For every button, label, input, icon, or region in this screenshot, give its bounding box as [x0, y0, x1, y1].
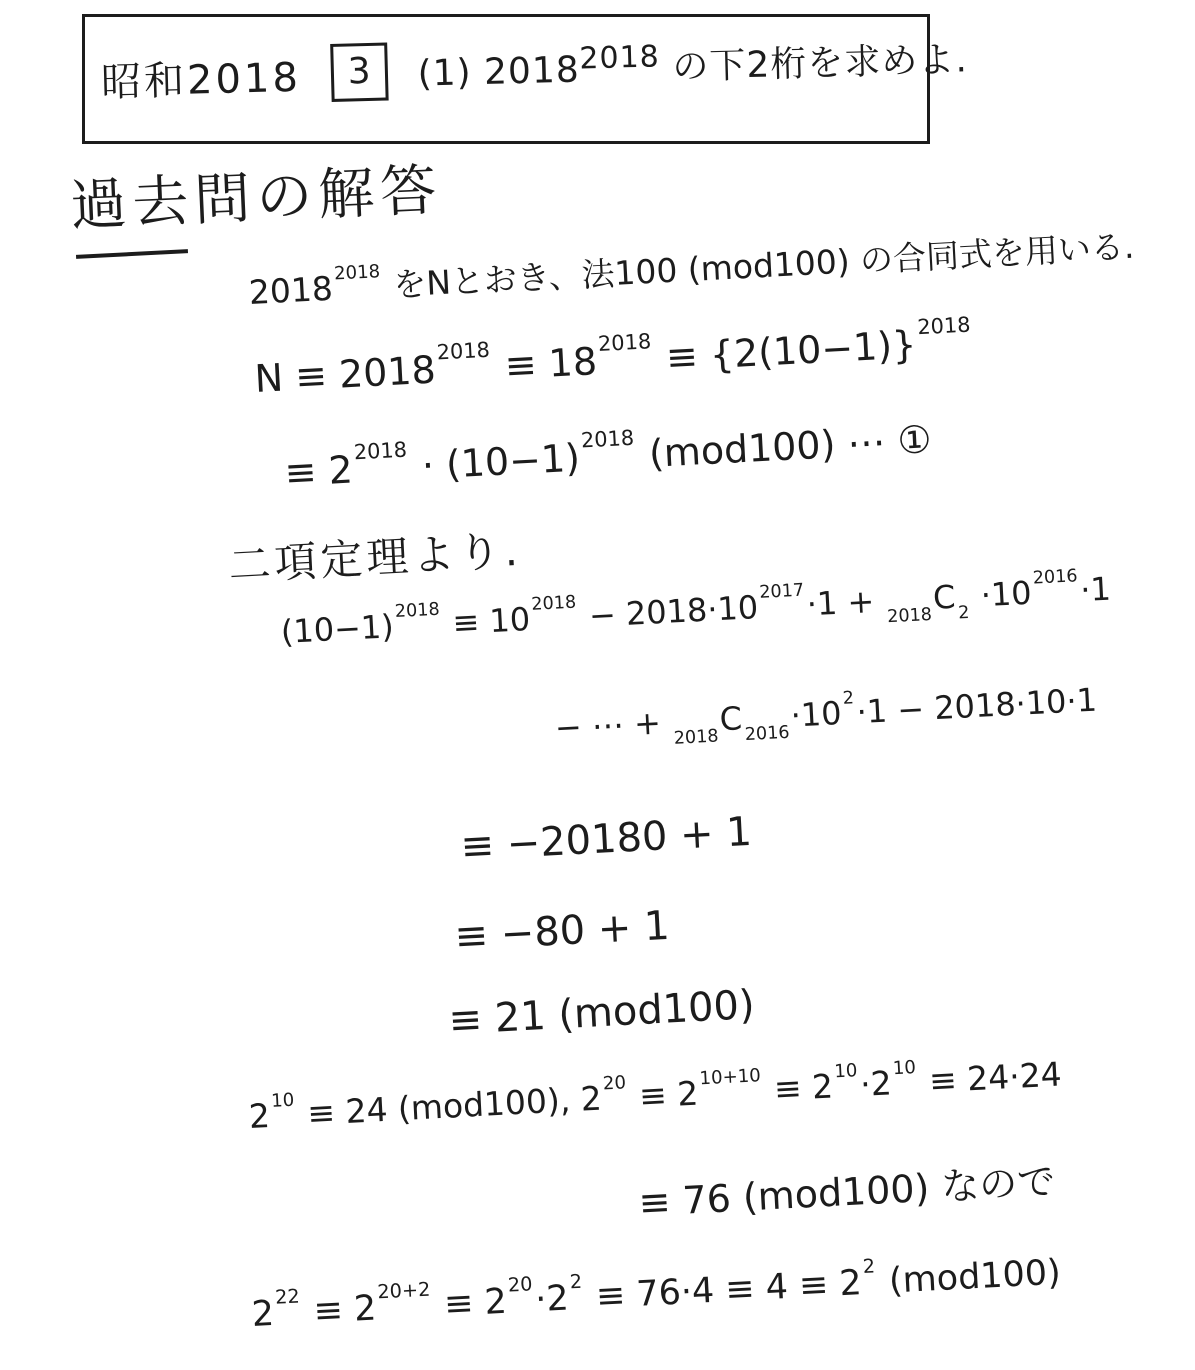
math-line-2: N ≡ 20182018 ≡ 182018 ≡ {2(10−1)}2018: [254, 318, 975, 403]
exponent: 10: [892, 1057, 916, 1079]
math-text: ≡ 21 (mod100): [447, 982, 755, 1044]
math-text: 2018: [248, 269, 334, 312]
math-text: ·10: [790, 694, 843, 735]
math-text: · (10−1): [409, 436, 581, 489]
section-heading: 過去問の解答: [69, 146, 444, 242]
math-text: ≡ 10: [441, 600, 531, 643]
math-line-9: ≡ 21 (mod100): [447, 980, 755, 1046]
math-line-7: ≡ −20180 + 1: [459, 807, 753, 872]
math-line-1: 20182018 をNとおき、法100 (mod100) の合同式を用いる.: [248, 226, 1135, 314]
math-text: 2: [248, 1096, 271, 1136]
exponent: 2016: [1032, 567, 1078, 589]
subscript: 2016: [744, 723, 790, 745]
math-text: ≡ 2: [762, 1066, 834, 1109]
math-text: N ≡ 2018: [254, 348, 437, 401]
exponent: 2: [862, 1254, 875, 1278]
math-text: をNとおき、法100 (mod100) の合同式を用いる.: [382, 227, 1135, 305]
exponent: 10: [271, 1089, 295, 1111]
math-line-8: ≡ −80 + 1: [453, 901, 670, 962]
math-text: ≡ 2: [432, 1282, 508, 1326]
math-text: ≡ −20180 + 1: [459, 809, 752, 870]
math-line-12: 222 ≡ 220+2 ≡ 220·22 ≡ 76·4 ≡ 4 ≡ 22 (mo…: [251, 1252, 1062, 1338]
math-text: ·10: [970, 574, 1033, 615]
exponent: 2018: [597, 329, 651, 356]
math-text: ≡ 2: [284, 447, 354, 495]
problem-number-box: 3: [330, 43, 388, 102]
math-text: の下2桁を求めよ.: [659, 39, 968, 88]
math-line-4: 二項定理より.: [227, 525, 523, 593]
exponent: 2: [569, 1269, 582, 1293]
exponent: 2018: [436, 338, 490, 365]
math-text: ≡ 18: [492, 339, 599, 388]
exponent: 2: [842, 689, 854, 710]
math-line-10: 210 ≡ 24 (mod100), 220 ≡ 210+10 ≡ 210·21…: [248, 1053, 1063, 1137]
exam-source-label: 昭和2018: [100, 45, 301, 107]
math-text: (mod100): [877, 1253, 1062, 1303]
math-line-3: ≡ 22018 · (10−1)2018 (mod100) ⋯ ①: [284, 416, 933, 497]
math-text: C: [719, 699, 743, 738]
exponent: 20: [507, 1272, 533, 1296]
problem-number: 3: [347, 51, 371, 93]
math-text: ·2: [534, 1278, 569, 1320]
math-text: ≡ {2(10−1)}: [653, 322, 918, 380]
math-text: C: [932, 578, 956, 617]
subscript: 2: [958, 603, 970, 624]
exponent: 2018: [531, 593, 577, 615]
math-text: − 2018·10: [578, 588, 759, 635]
exponent: 22: [275, 1284, 301, 1308]
math-text: ≡ 76·4 ≡ 4 ≡ 2: [584, 1263, 863, 1317]
subscript: 2018: [887, 605, 933, 627]
math-text: ≡ −80 + 1: [453, 903, 670, 960]
heading-underline: [76, 249, 188, 259]
exponent: 20+2: [377, 1277, 431, 1303]
exponent: 2018: [917, 312, 971, 339]
math-text: ·1: [1079, 570, 1111, 610]
problem-question: (1) 20182018 の下2桁を求めよ.: [417, 31, 968, 96]
math-text: ·1 − 2018·10·1: [856, 681, 1098, 732]
exponent: 2018: [394, 600, 440, 622]
exponent: 2018: [353, 438, 407, 465]
exponent: 2018: [333, 261, 380, 284]
math-text: ·1 +: [806, 581, 886, 623]
exponent: 20: [602, 1072, 626, 1094]
exponent: 10+10: [699, 1065, 761, 1089]
problem-statement-box: 昭和2018 3 (1) 20182018 の下2桁を求めよ.: [82, 14, 930, 144]
problem-statement-content: 昭和2018 3 (1) 20182018 の下2桁を求めよ.: [100, 27, 968, 108]
exponent: 2017: [759, 581, 805, 603]
math-text: ≡ 76 (mod100) なので: [638, 1159, 1057, 1225]
subscript: 2018: [673, 726, 719, 748]
math-text: (10−1): [280, 607, 395, 651]
math-line-11: ≡ 76 (mod100) なので: [638, 1158, 1057, 1227]
math-line-6: − ⋯ + 2018C2016·102·1 − 2018·10·1: [554, 680, 1098, 748]
math-text: ≡ 2: [301, 1289, 377, 1333]
math-text: ≡ 2: [628, 1074, 700, 1117]
math-text: (1) 2018: [417, 49, 580, 94]
math-text: 二項定理より.: [227, 526, 523, 590]
math-text: (mod100) ⋯ ①: [636, 417, 933, 476]
math-text: 2: [251, 1294, 275, 1335]
exponent: 10: [834, 1060, 858, 1082]
exponent: 2018: [580, 426, 634, 453]
math-text: ·2: [859, 1063, 892, 1104]
notebook-page: 昭和2018 3 (1) 20182018 の下2桁を求めよ. 過去問の解答 2…: [0, 0, 1195, 1370]
math-text: − ⋯ +: [554, 703, 672, 747]
exponent: 2018: [579, 39, 660, 76]
math-text: ≡ 24 (mod100), 2: [296, 1079, 603, 1134]
math-text: ≡ 24·24: [918, 1054, 1063, 1100]
